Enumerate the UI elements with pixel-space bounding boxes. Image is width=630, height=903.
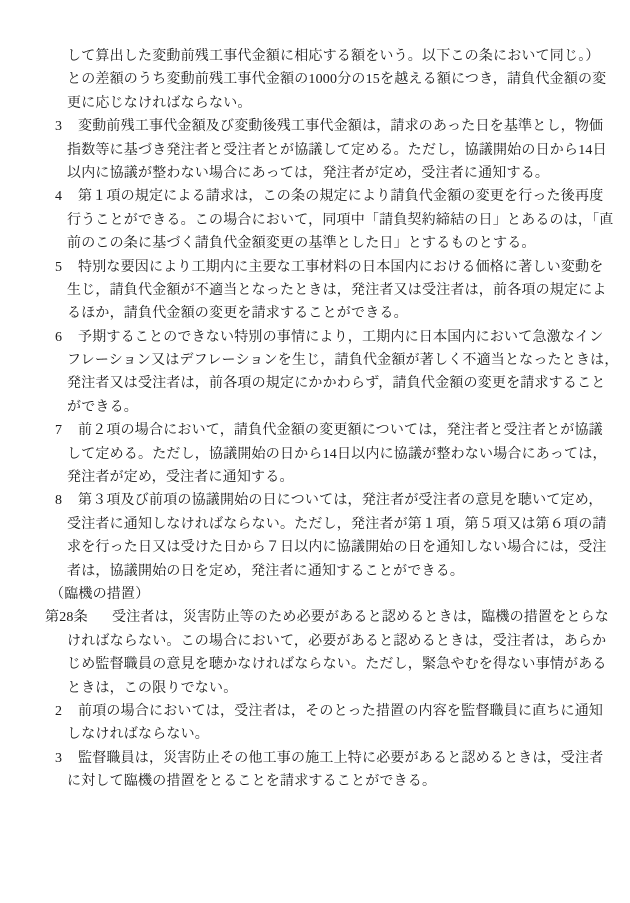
line-text: ができる。 [67,400,138,415]
item-number: 3 [55,747,78,770]
text-line: じめ監督職員の意見を聴かなければならない。ただし，緊急やむを得ない事情がある [0,653,630,676]
line-text: 特別な要因により工期内に主要な工事材料の日本国内における価格に著しい変動を [78,260,603,275]
document-body: して算出した変動前残工事代金額に相応する額をいう。以下この条において同じ。）との… [0,45,630,794]
line-text: 第１項の規定による請求は，この条の規定により請負代金額の変更を行った後再度 [78,189,603,204]
text-line: 8第３項及び前項の協議開始の日については，発注者が受注者の意見を聴いて定め， [0,489,630,512]
text-line: 発注者が定め，受注者に通知する。 [0,466,630,489]
line-text: るほか，請負代金額の変更を請求することができる。 [67,306,408,321]
line-text: 指数等に基づき発注者と受注者とが協議して定める。ただし，協議開始の日から14日 [67,143,607,158]
line-text: 更に応じなければならない。 [67,96,252,111]
line-text: じめ監督職員の意見を聴かなければならない。ただし，緊急やむを得ない事情がある [67,657,607,672]
text-line: 者は，協議開始の日を定め，発注者に通知することができる。 [0,560,630,583]
line-text: 変動前残工事代金額及び変動後残工事代金額は，請求のあった日を基準とし，物価 [78,119,603,134]
line-text: 予期することのできない特別の事情により，工期内に日本国内において急激なイン [78,330,603,345]
text-line: に対して臨機の措置をとることを請求することができる。 [0,770,630,793]
text-line: 前のこの条に基づく請負代金額変更の基準とした日」とするものとする。 [0,232,630,255]
text-line: 以内に協議が整わない場合にあっては，発注者が定め，受注者に通知する。 [0,162,630,185]
text-line: 行うことができる。この場合において，同項中「請負契約締結の日」とあるのは，「直 [0,209,630,232]
text-line: ができる。 [0,396,630,419]
text-line: フレーション又はデフレーションを生じ，請負代金額が著しく不適当となったときは， [0,349,630,372]
section-heading: （臨機の措置） [50,587,149,602]
line-text: しなければならない。 [67,727,209,742]
line-text: 以内に協議が整わない場合にあっては，発注者が定め，受注者に通知する。 [67,166,549,181]
text-line: 更に応じなければならない。 [0,92,630,115]
line-text: 前項の場合においては，受注者は，そのとった措置の内容を監督職員に直ちに通知 [78,704,603,719]
text-line: 4第１項の規定による請求は，この条の規定により請負代金額の変更を行った後再度 [0,185,630,208]
item-number: 3 [55,115,78,138]
line-text: 求を行った日又は受けた日から７日以内に協議開始の日を通知しない場合には，受注 [67,540,607,555]
text-line: して算出した変動前残工事代金額に相応する額をいう。以下この条において同じ。） [0,45,630,68]
text-line: 受注者に通知しなければならない。ただし，発注者が第１項，第５項又は第６項の請 [0,513,630,536]
line-text: フレーション又はデフレーションを生じ，請負代金額が著しく不適当となったときは， [67,353,619,368]
line-text: 受注者は，災害防止等のため必要があると認めるときは，臨機の措置をとらな [112,610,609,625]
text-line: 6予期することのできない特別の事情により，工期内に日本国内において急激なイン [0,326,630,349]
document-page: して算出した変動前残工事代金額に相応する額をいう。以下この条において同じ。）との… [0,0,630,903]
line-text: して算出した変動前残工事代金額に相応する額をいう。以下この条において同じ。） [67,49,600,64]
text-line: 2前項の場合においては，受注者は，そのとった措置の内容を監督職員に直ちに通知 [0,700,630,723]
text-line: 3変動前残工事代金額及び変動後残工事代金額は，請求のあった日を基準とし，物価 [0,115,630,138]
line-text: 第３項及び前項の協議開始の日については，発注者が受注者の意見を聴いて定め， [78,493,603,508]
line-text: との差額のうち変動前残工事代金額の1000分の15を越える額につき，請負代金額の… [67,72,606,87]
text-line: るほか，請負代金額の変更を請求することができる。 [0,302,630,325]
line-text: 者は，協議開始の日を定め，発注者に通知することができる。 [67,564,464,579]
text-line: して定める。ただし，協議開始の日から14日以内に協議が整わない場合にあっては， [0,443,630,466]
item-number: 2 [55,700,78,723]
line-text: 生じ，請負代金額が不適当となったときは，発注者又は受注者は，前各項の規定によ [67,283,607,298]
item-number: 4 [55,185,78,208]
line-text: して定める。ただし，協議開始の日から14日以内に協議が整わない場合にあっては， [67,447,607,462]
line-text: 前２項の場合において，請負代金額の変更額については，発注者と受注者とが協議 [78,423,603,438]
text-line: 指数等に基づき発注者と受注者とが協議して定める。ただし，協議開始の日から14日 [0,139,630,162]
item-number: 6 [55,326,78,349]
text-line: しなければならない。 [0,723,630,746]
text-line: 発注者又は受注者は，前各項の規定にかかわらず，請負代金額の変更を請求すること [0,372,630,395]
item-number: 8 [55,489,78,512]
article-number: 第28条 [45,606,112,629]
line-text: 監督職員は，災害防止その他工事の施工上特に必要があると認めるときは，受注者 [78,751,603,766]
text-line: 求を行った日又は受けた日から７日以内に協議開始の日を通知しない場合には，受注 [0,536,630,559]
line-text: 行うことができる。この場合において，同項中「請負契約締結の日」とあるのは，「直 [67,213,614,228]
line-text: 発注者又は受注者は，前各項の規定にかかわらず，請負代金額の変更を請求すること [67,376,605,391]
item-number: 7 [55,419,78,442]
item-number: 5 [55,256,78,279]
text-line: との差額のうち変動前残工事代金額の1000分の15を越える額につき，請負代金額の… [0,68,630,91]
text-line: ければならない。この場合において，必要があると認めるときは，受注者は，あらか [0,630,630,653]
text-line: 3監督職員は，災害防止その他工事の施工上特に必要があると認めるときは，受注者 [0,747,630,770]
line-text: 前のこの条に基づく請負代金額変更の基準とした日」とするものとする。 [67,236,536,251]
text-line: 第28条受注者は，災害防止等のため必要があると認めるときは，臨機の措置をとらな [0,606,630,629]
line-text: に対して臨機の措置をとることを請求することができる。 [67,774,436,789]
text-line: 5特別な要因により工期内に主要な工事材料の日本国内における価格に著しい変動を [0,256,630,279]
text-line: 7前２項の場合において，請負代金額の変更額については，発注者と受注者とが協議 [0,419,630,442]
text-line: （臨機の措置） [0,583,630,606]
line-text: ければならない。この場合において，必要があると認めるときは，受注者は，あらか [67,634,606,649]
line-text: 受注者に通知しなければならない。ただし，発注者が第１項，第５項又は第６項の請 [67,517,607,532]
line-text: 発注者が定め，受注者に通知する。 [67,470,294,485]
line-text: ときは，この限りでない。 [67,681,237,696]
text-line: 生じ，請負代金額が不適当となったときは，発注者又は受注者は，前各項の規定によ [0,279,630,302]
text-line: ときは，この限りでない。 [0,677,630,700]
